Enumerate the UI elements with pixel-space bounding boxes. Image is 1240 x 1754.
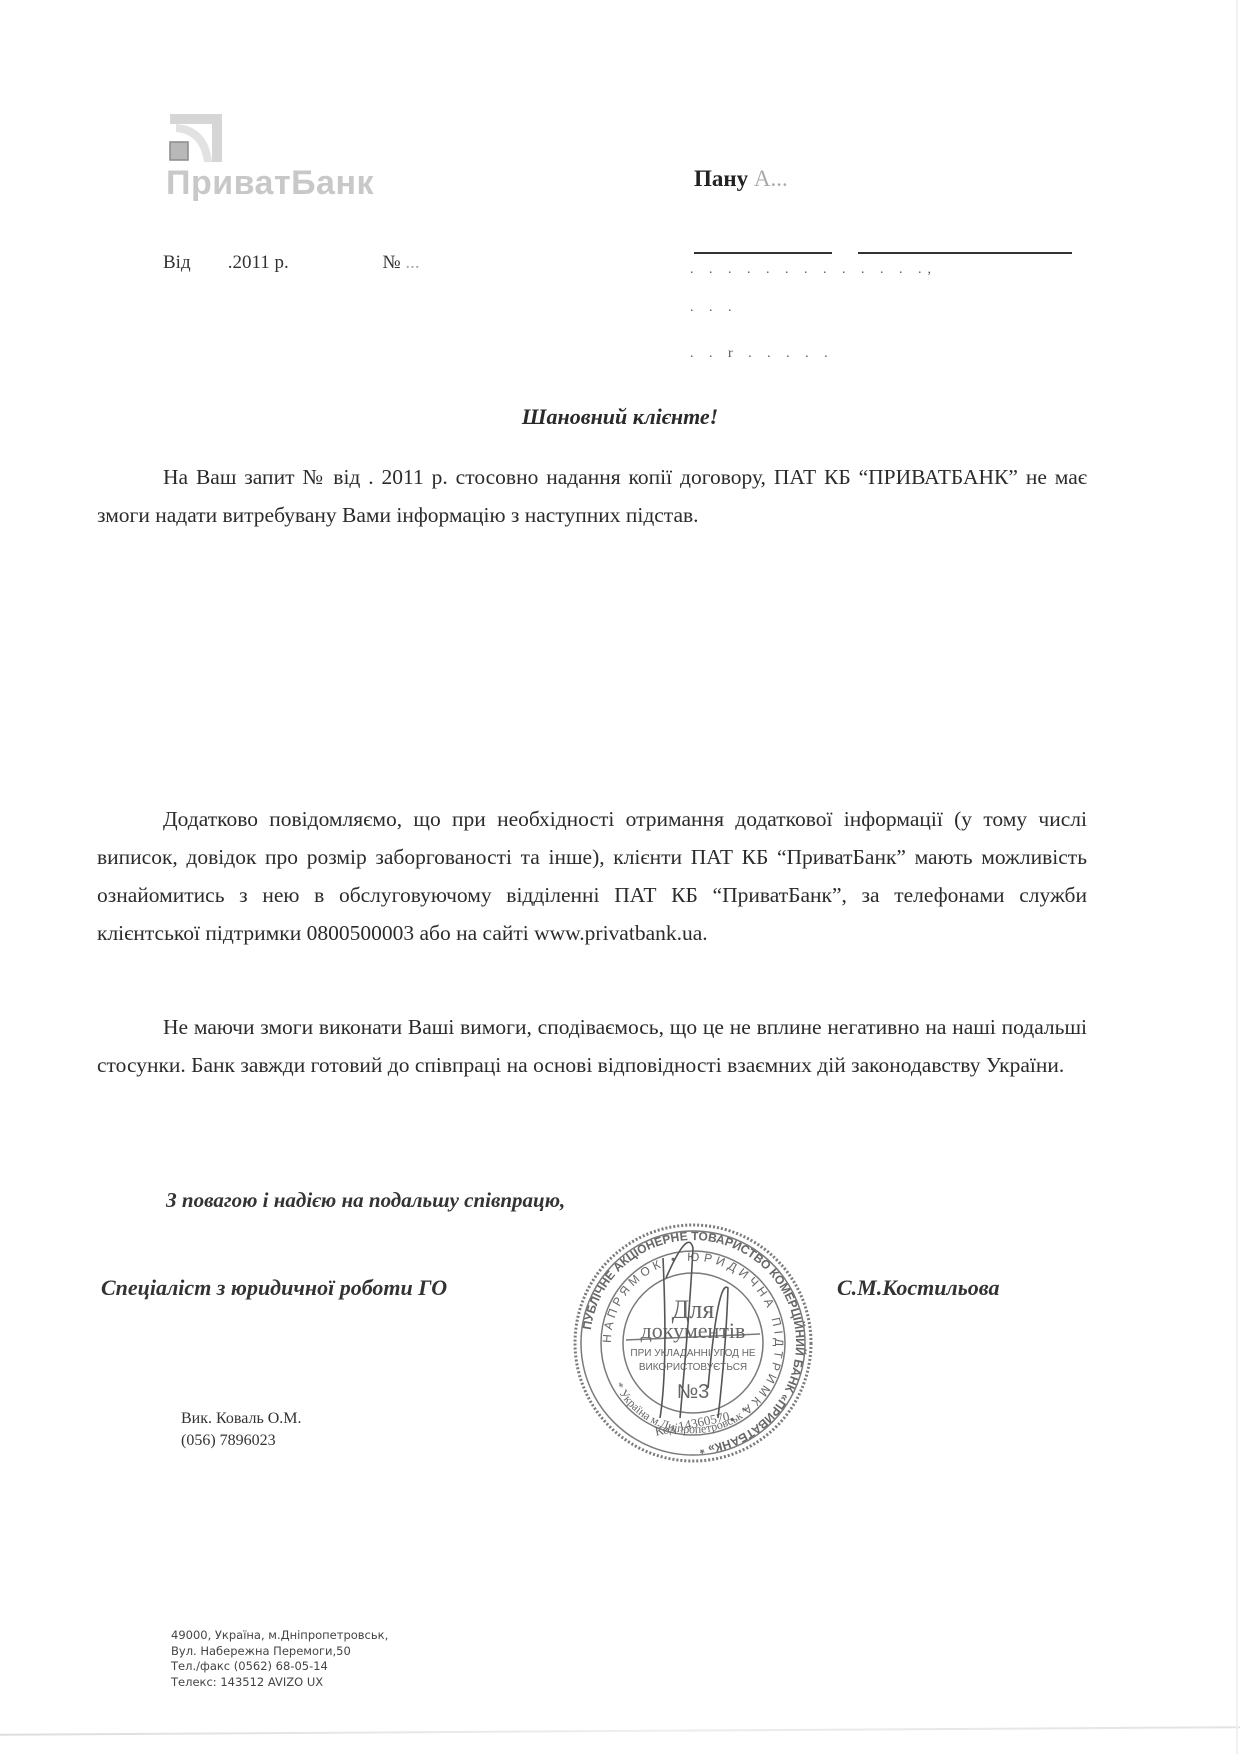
executor-block: Вик. Коваль О.М. (056) 7896023 <box>181 1408 302 1452</box>
closing-phrase: З повагою і надією на подальшу співпрацю… <box>166 1188 565 1213</box>
body-paragraph-3: Не маючи змоги виконати Ваші вимоги, спо… <box>97 1008 1087 1084</box>
body-paragraph-2: Додатково повідомляємо, що при необхідно… <box>97 800 1087 952</box>
bank-stamp-icon: ПУБЛІЧНЕ АКЦІОНЕРНЕ ТОВАРИСТВО КОМЕРЦІЙН… <box>568 1218 818 1468</box>
reference-number-value: ... <box>405 252 419 274</box>
executor-phone: (056) 7896023 <box>181 1430 302 1452</box>
privatbank-logo-icon <box>168 112 224 164</box>
svg-text:ПРИ УКЛАДАННІ УГОД НЕ: ПРИ УКЛАДАННІ УГОД НЕ <box>630 1348 756 1359</box>
scan-page-edge <box>0 1726 1240 1736</box>
footer-phone-fax: Тел./факс (0562) 68-05-14 <box>171 1659 388 1675</box>
addressee-name: А... <box>754 166 788 191</box>
paragraph-text: Не маючи змоги виконати Ваші вимоги, спо… <box>97 1008 1087 1084</box>
svg-text:ВИКОРИСТОВУЄТЬСЯ: ВИКОРИСТОВУЄТЬСЯ <box>639 1362 747 1373</box>
bank-logo-text: ПриватБанк <box>166 164 374 203</box>
paragraph-text: Додатково повідомляємо, що при необхідно… <box>97 800 1087 952</box>
addressee: Пану А... <box>694 166 788 192</box>
executor-name: Вик. Коваль О.М. <box>181 1408 302 1430</box>
address-underline <box>858 252 1072 254</box>
address-underline <box>694 252 832 254</box>
footer-address-line-2: Вул. Набережна Перемоги,50 <box>171 1644 388 1660</box>
addressee-salutation: Пану <box>694 166 748 191</box>
redacted-address-line: . . . . . . . . . . . . ., <box>690 262 937 278</box>
signatory-name: С.М.Костильова <box>837 1275 999 1301</box>
footer-telex: Телекс: 143512 AVIZO UX <box>171 1675 388 1691</box>
paragraph-text: На Ваш запит № від . 2011 р. стосовно на… <box>97 458 1087 534</box>
scan-page-edge <box>1236 0 1238 1754</box>
body-paragraph-1: На Ваш запит № від . 2011 р. стосовно на… <box>97 458 1087 534</box>
redacted-address-line: . . r . . . . . <box>690 346 834 362</box>
reference-row: Від .2011 р. № ... <box>163 252 420 274</box>
reference-number-label: № <box>383 252 401 274</box>
redacted-address-line: . . . <box>690 300 738 316</box>
greeting: Шановний клієнте! <box>0 404 1240 430</box>
svg-text:документів: документів <box>641 1318 746 1343</box>
footer-address-line-1: 49000, Україна, м.Дніпропетровськ, <box>171 1628 388 1644</box>
signatory-position: Спеціаліст з юридичної роботи ГО <box>101 1275 447 1301</box>
reference-date: .2011 р. <box>228 252 378 274</box>
bank-address-footer: 49000, Україна, м.Дніпропетровськ, Вул. … <box>171 1628 388 1690</box>
reference-from-label: Від <box>163 252 223 274</box>
